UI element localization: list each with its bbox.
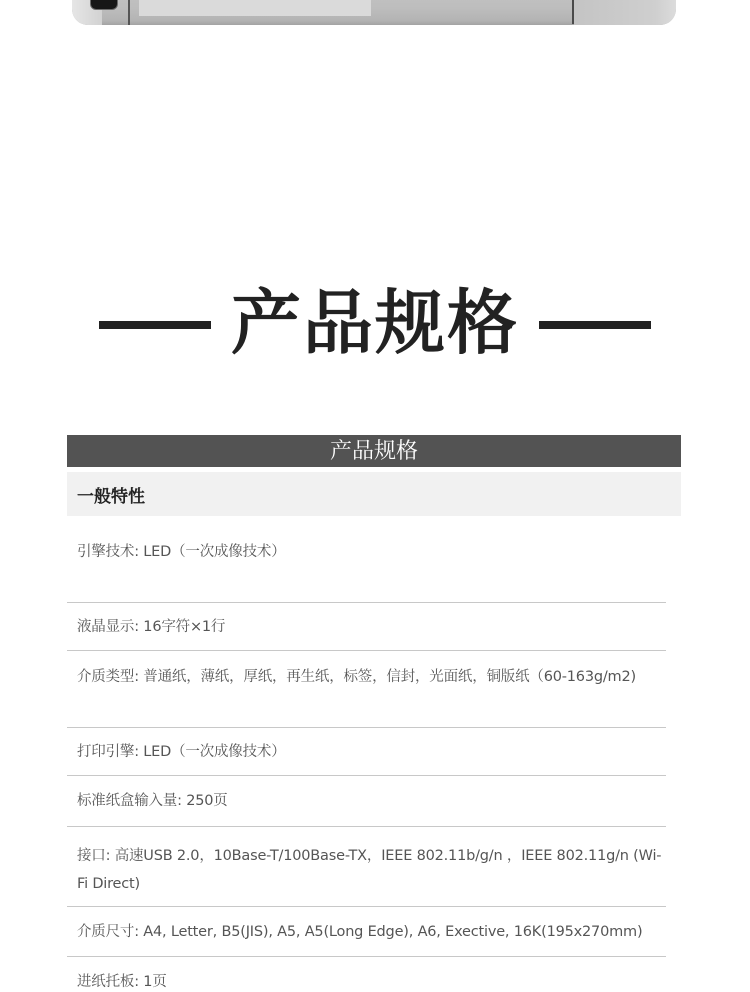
spec-row: 引擎技术: LED（一次成像技术） [67, 516, 666, 603]
spec-text: 介质尺寸: A4, Letter, B5(JIS), A5, A5(Long E… [77, 918, 662, 946]
spec-text: 接口: 高速USB 2.0，10Base-T/100Base-TX，IEEE 8… [77, 842, 662, 898]
spec-row: 打印引擎: LED（一次成像技术） [67, 728, 666, 776]
spec-table-header: 产品规格 [67, 435, 681, 467]
heading-left-dash [99, 321, 211, 329]
printer-product-image [72, 0, 676, 25]
spec-text: 液晶显示: 16字符×1行 [77, 613, 662, 641]
spec-text: 进纸托板: 1页 [77, 968, 662, 992]
printer-seam [128, 0, 130, 25]
printer-right-panel [574, 0, 676, 25]
spec-row: 标准纸盒输入量: 250页 [67, 776, 666, 827]
printer-power-button [90, 0, 118, 10]
spec-section-general: 一般特性 [67, 472, 681, 516]
spec-row: 介质类型: 普通纸，薄纸，厚纸，再生纸，标签，信封，光面纸，铜版纸（60-163… [67, 651, 666, 728]
spec-row: 进纸托板: 1页 [67, 957, 666, 992]
spec-text: 介质类型: 普通纸，薄纸，厚纸，再生纸，标签，信封，光面纸，铜版纸（60-163… [77, 663, 662, 691]
spec-row: 介质尺寸: A4, Letter, B5(JIS), A5, A5(Long E… [67, 907, 666, 957]
printer-display-panel [139, 0, 371, 16]
section-title: 一般特性 [77, 482, 145, 507]
spec-text: 标准纸盒输入量: 250页 [77, 787, 662, 815]
spec-text: 打印引擎: LED（一次成像技术） [77, 738, 662, 766]
page-title: 产品规格 [231, 278, 519, 368]
spec-row: 液晶显示: 16字符×1行 [67, 603, 666, 651]
section-heading: 产品规格 [0, 278, 750, 368]
spec-text: 引擎技术: LED（一次成像技术） [77, 538, 662, 566]
spec-row: 接口: 高速USB 2.0，10Base-T/100Base-TX，IEEE 8… [67, 827, 666, 907]
heading-right-dash [539, 321, 651, 329]
